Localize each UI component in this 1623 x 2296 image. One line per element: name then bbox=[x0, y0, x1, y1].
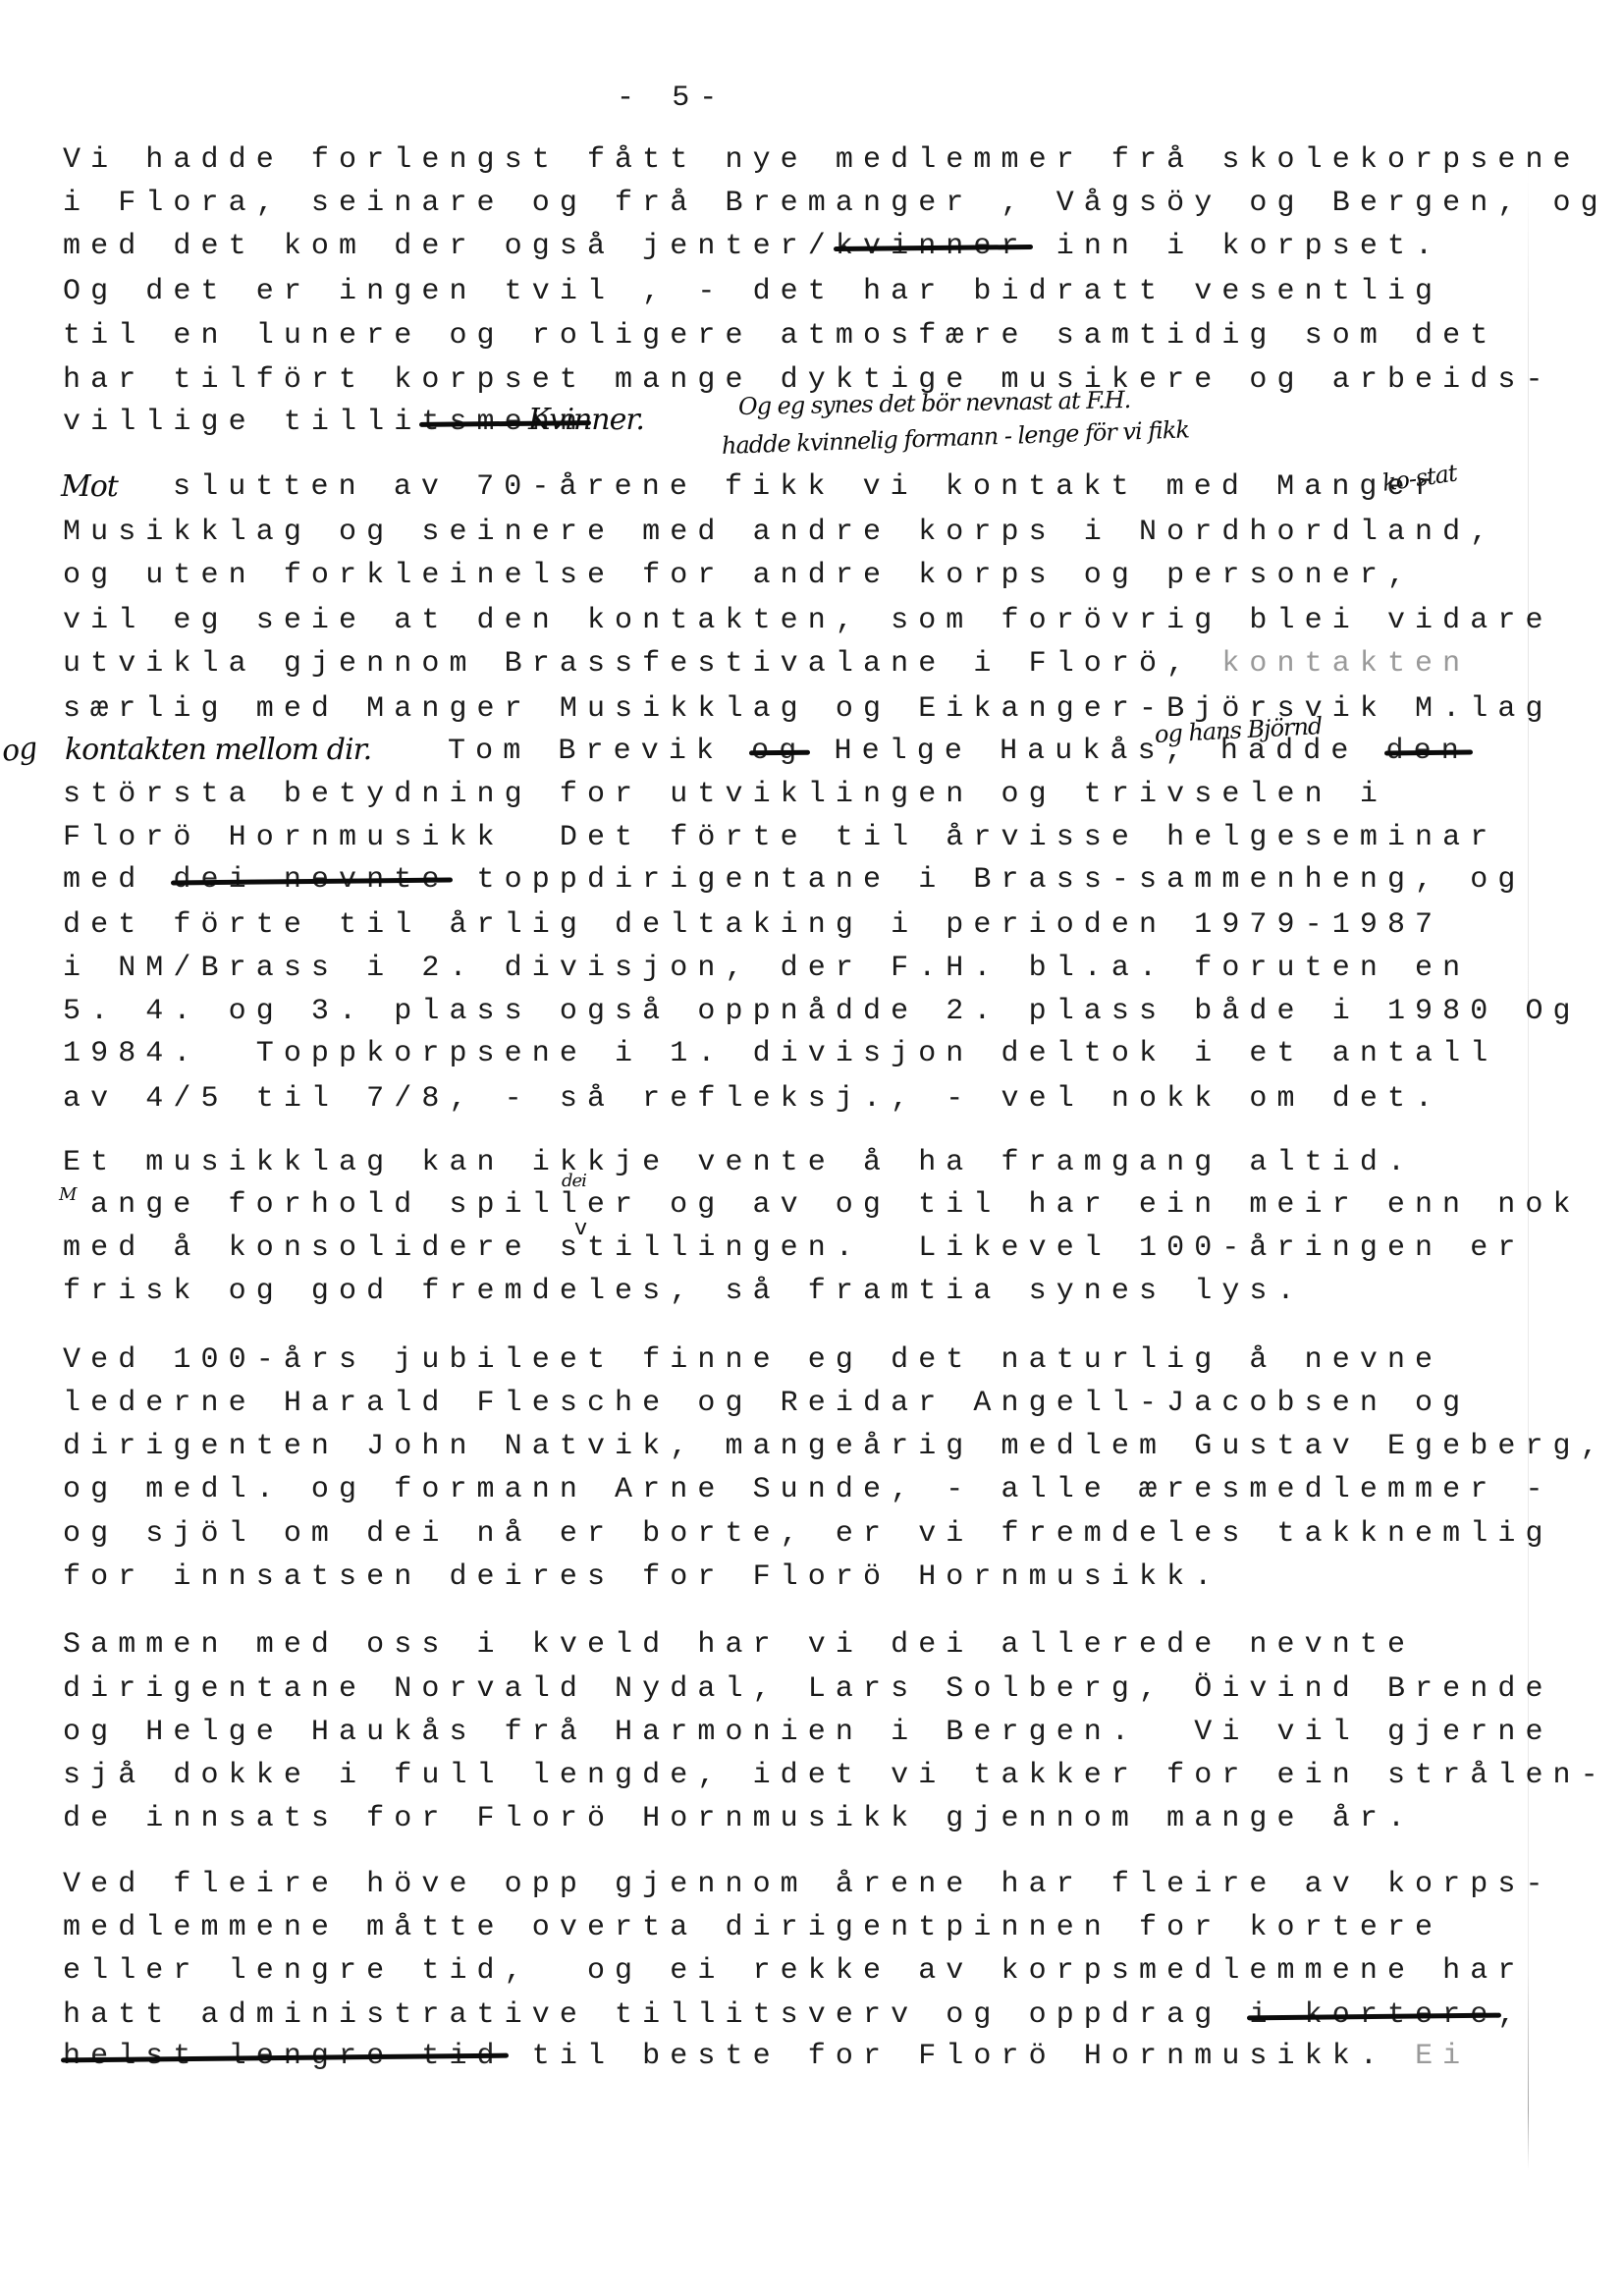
page-number: - 5- bbox=[617, 82, 727, 115]
handwritten-note-line1: Og eg synes det bör nevnast at F.H. bbox=[738, 386, 1131, 420]
struck-word: kvinner bbox=[836, 230, 1029, 263]
handwritten-og-margin: og bbox=[0, 731, 38, 768]
text-segment: Tom Brevik bbox=[448, 735, 751, 768]
text-line: og sjöl om dei nå er borte, er vi fremde… bbox=[63, 1517, 1553, 1551]
struck-word: den bbox=[1386, 735, 1469, 768]
text-segment: med bbox=[63, 863, 173, 897]
handwritten-note-line2: hadde kvinnelig formann - lenge för vi f… bbox=[722, 415, 1190, 460]
text-line: Et musikklag kan ikkje vente å ha framga… bbox=[63, 1146, 1415, 1179]
text-line: for innsatsen deires for Florö Hornmusik… bbox=[63, 1560, 1221, 1594]
text-line: villige tillitsmenn bbox=[63, 406, 587, 439]
text-line: medlemmene måtte overta dirigentpinnen f… bbox=[63, 1911, 1442, 1944]
text-line: dirigenten John Natvik, mangeårig medlem… bbox=[63, 1430, 1608, 1463]
text-line: största betydning for utviklingen og tri… bbox=[63, 778, 1387, 811]
struck-word: dei nevnte bbox=[173, 863, 449, 897]
text-line: med det kom der også jenter/kvinner inn … bbox=[63, 230, 1442, 263]
handwritten-mange-m: M bbox=[59, 1184, 76, 1205]
text-segment: hatt administrative tillitsverv og oppdr… bbox=[63, 1998, 1249, 2032]
text-line: hatt administrative tillitsverv og oppdr… bbox=[63, 1998, 1525, 2032]
handwritten-kvinner: Kvinner. bbox=[528, 403, 644, 437]
text-line: i Flora, seinare og frå Bremanger , Vågs… bbox=[63, 187, 1608, 220]
struck-word: og bbox=[751, 735, 806, 768]
text-line: særlig med Manger Musikklag og Eikanger-… bbox=[63, 692, 1553, 726]
handwritten-kontakten: kontakten mellom dir. bbox=[65, 733, 371, 767]
text-line: lederne Harald Flesche og Reidar Angell-… bbox=[63, 1387, 1470, 1420]
faded-word: kontakten bbox=[1221, 647, 1470, 681]
text-line: Florö Hornmusikk Det förte til årvisse h… bbox=[63, 821, 1497, 854]
text-line: med dei nevnte toppdirigentane i Brass-s… bbox=[63, 863, 1525, 897]
text-line: det förte til årlig deltaking i perioden… bbox=[63, 908, 1442, 942]
text-line: slutten av 70-årene fikk vi kontakt med … bbox=[173, 470, 1442, 504]
text-line: i NM/Brass i 2. divisjon, der F.H. bl.a.… bbox=[63, 952, 1470, 985]
text-line: Ved fleire höve opp gjennom årene har fl… bbox=[63, 1868, 1553, 1901]
text-line: Og det er ingen tvil , - det har bidratt… bbox=[63, 275, 1442, 308]
text-line: med å konsolidere stillingen. Likevel 10… bbox=[63, 1231, 1525, 1265]
text-line: Ved 100-års jubileet finne eg det naturl… bbox=[63, 1343, 1442, 1377]
text-segment: med det kom der også jenter/ bbox=[63, 230, 836, 263]
text-segment: villige tilli bbox=[63, 406, 421, 439]
handwritten-mot: Mot bbox=[61, 469, 118, 504]
text-line: Musikklag og seinere med andre korps i N… bbox=[63, 516, 1497, 549]
text-line: 1984. Toppkorpsene i 1. divisjon deltok … bbox=[63, 1037, 1497, 1070]
text-segment: toppdirigentane i Brass-sammenheng, og bbox=[449, 863, 1525, 897]
text-line: av 4/5 til 7/8, - så refleksj., - vel no… bbox=[63, 1082, 1442, 1116]
text-line: dirigentane Norvald Nydal, Lars Solberg,… bbox=[63, 1672, 1553, 1706]
text-line: eller lengre tid, og ei rekke av korpsme… bbox=[63, 1954, 1525, 1988]
text-line: Sammen med oss i kveld har vi dei allere… bbox=[63, 1628, 1415, 1662]
struck-word: i kortere bbox=[1249, 1998, 1497, 2032]
text-line: utvikla gjennom Brassfestivalane i Florö… bbox=[63, 647, 1470, 681]
text-segment: , bbox=[1497, 1998, 1525, 2032]
text-line: og uten forkleinelse for andre korps og … bbox=[63, 559, 1415, 592]
text-line: Vi hadde forlengst fått nye medlemmer fr… bbox=[63, 143, 1581, 177]
text-line: til en lunere og roligere atmosfære samt… bbox=[63, 319, 1497, 353]
struck-word: helst lengre tid bbox=[63, 2040, 505, 2073]
text-line: de innsats for Florö Hornmusikk gjennom … bbox=[63, 1802, 1415, 1835]
text-segment: til beste for Florö Hornmusikk. bbox=[505, 2040, 1415, 2073]
faded-word: Ei bbox=[1415, 2040, 1470, 2073]
text-line: vil eg seie at den kontakten, som forövr… bbox=[63, 604, 1553, 637]
handwritten-insert-dei: dei bbox=[562, 1171, 586, 1191]
text-line: ange forhold spiller og av og til har ei… bbox=[90, 1188, 1581, 1222]
text-line: sjå dokke i full lengde, idet vi takker … bbox=[63, 1759, 1608, 1792]
text-line: og Helge Haukås frå Harmonien i Bergen. … bbox=[63, 1716, 1553, 1749]
text-line: 5. 4. og 3. plass også oppnådde 2. plass… bbox=[63, 995, 1581, 1028]
text-segment: utvikla gjennom Brassfestivalane i Florö… bbox=[63, 647, 1221, 681]
text-line: og medl. og formann Arne Sunde, - alle æ… bbox=[63, 1473, 1553, 1506]
text-segment: inn i korpset. bbox=[1029, 230, 1443, 263]
text-line: helst lengre tid til beste for Florö Hor… bbox=[63, 2040, 1470, 2073]
text-line: frisk og god fremdeles, så framtia synes… bbox=[63, 1275, 1305, 1308]
scanned-document-page: - 5- Vi hadde forlengst fått nye medlemm… bbox=[0, 0, 1623, 2296]
